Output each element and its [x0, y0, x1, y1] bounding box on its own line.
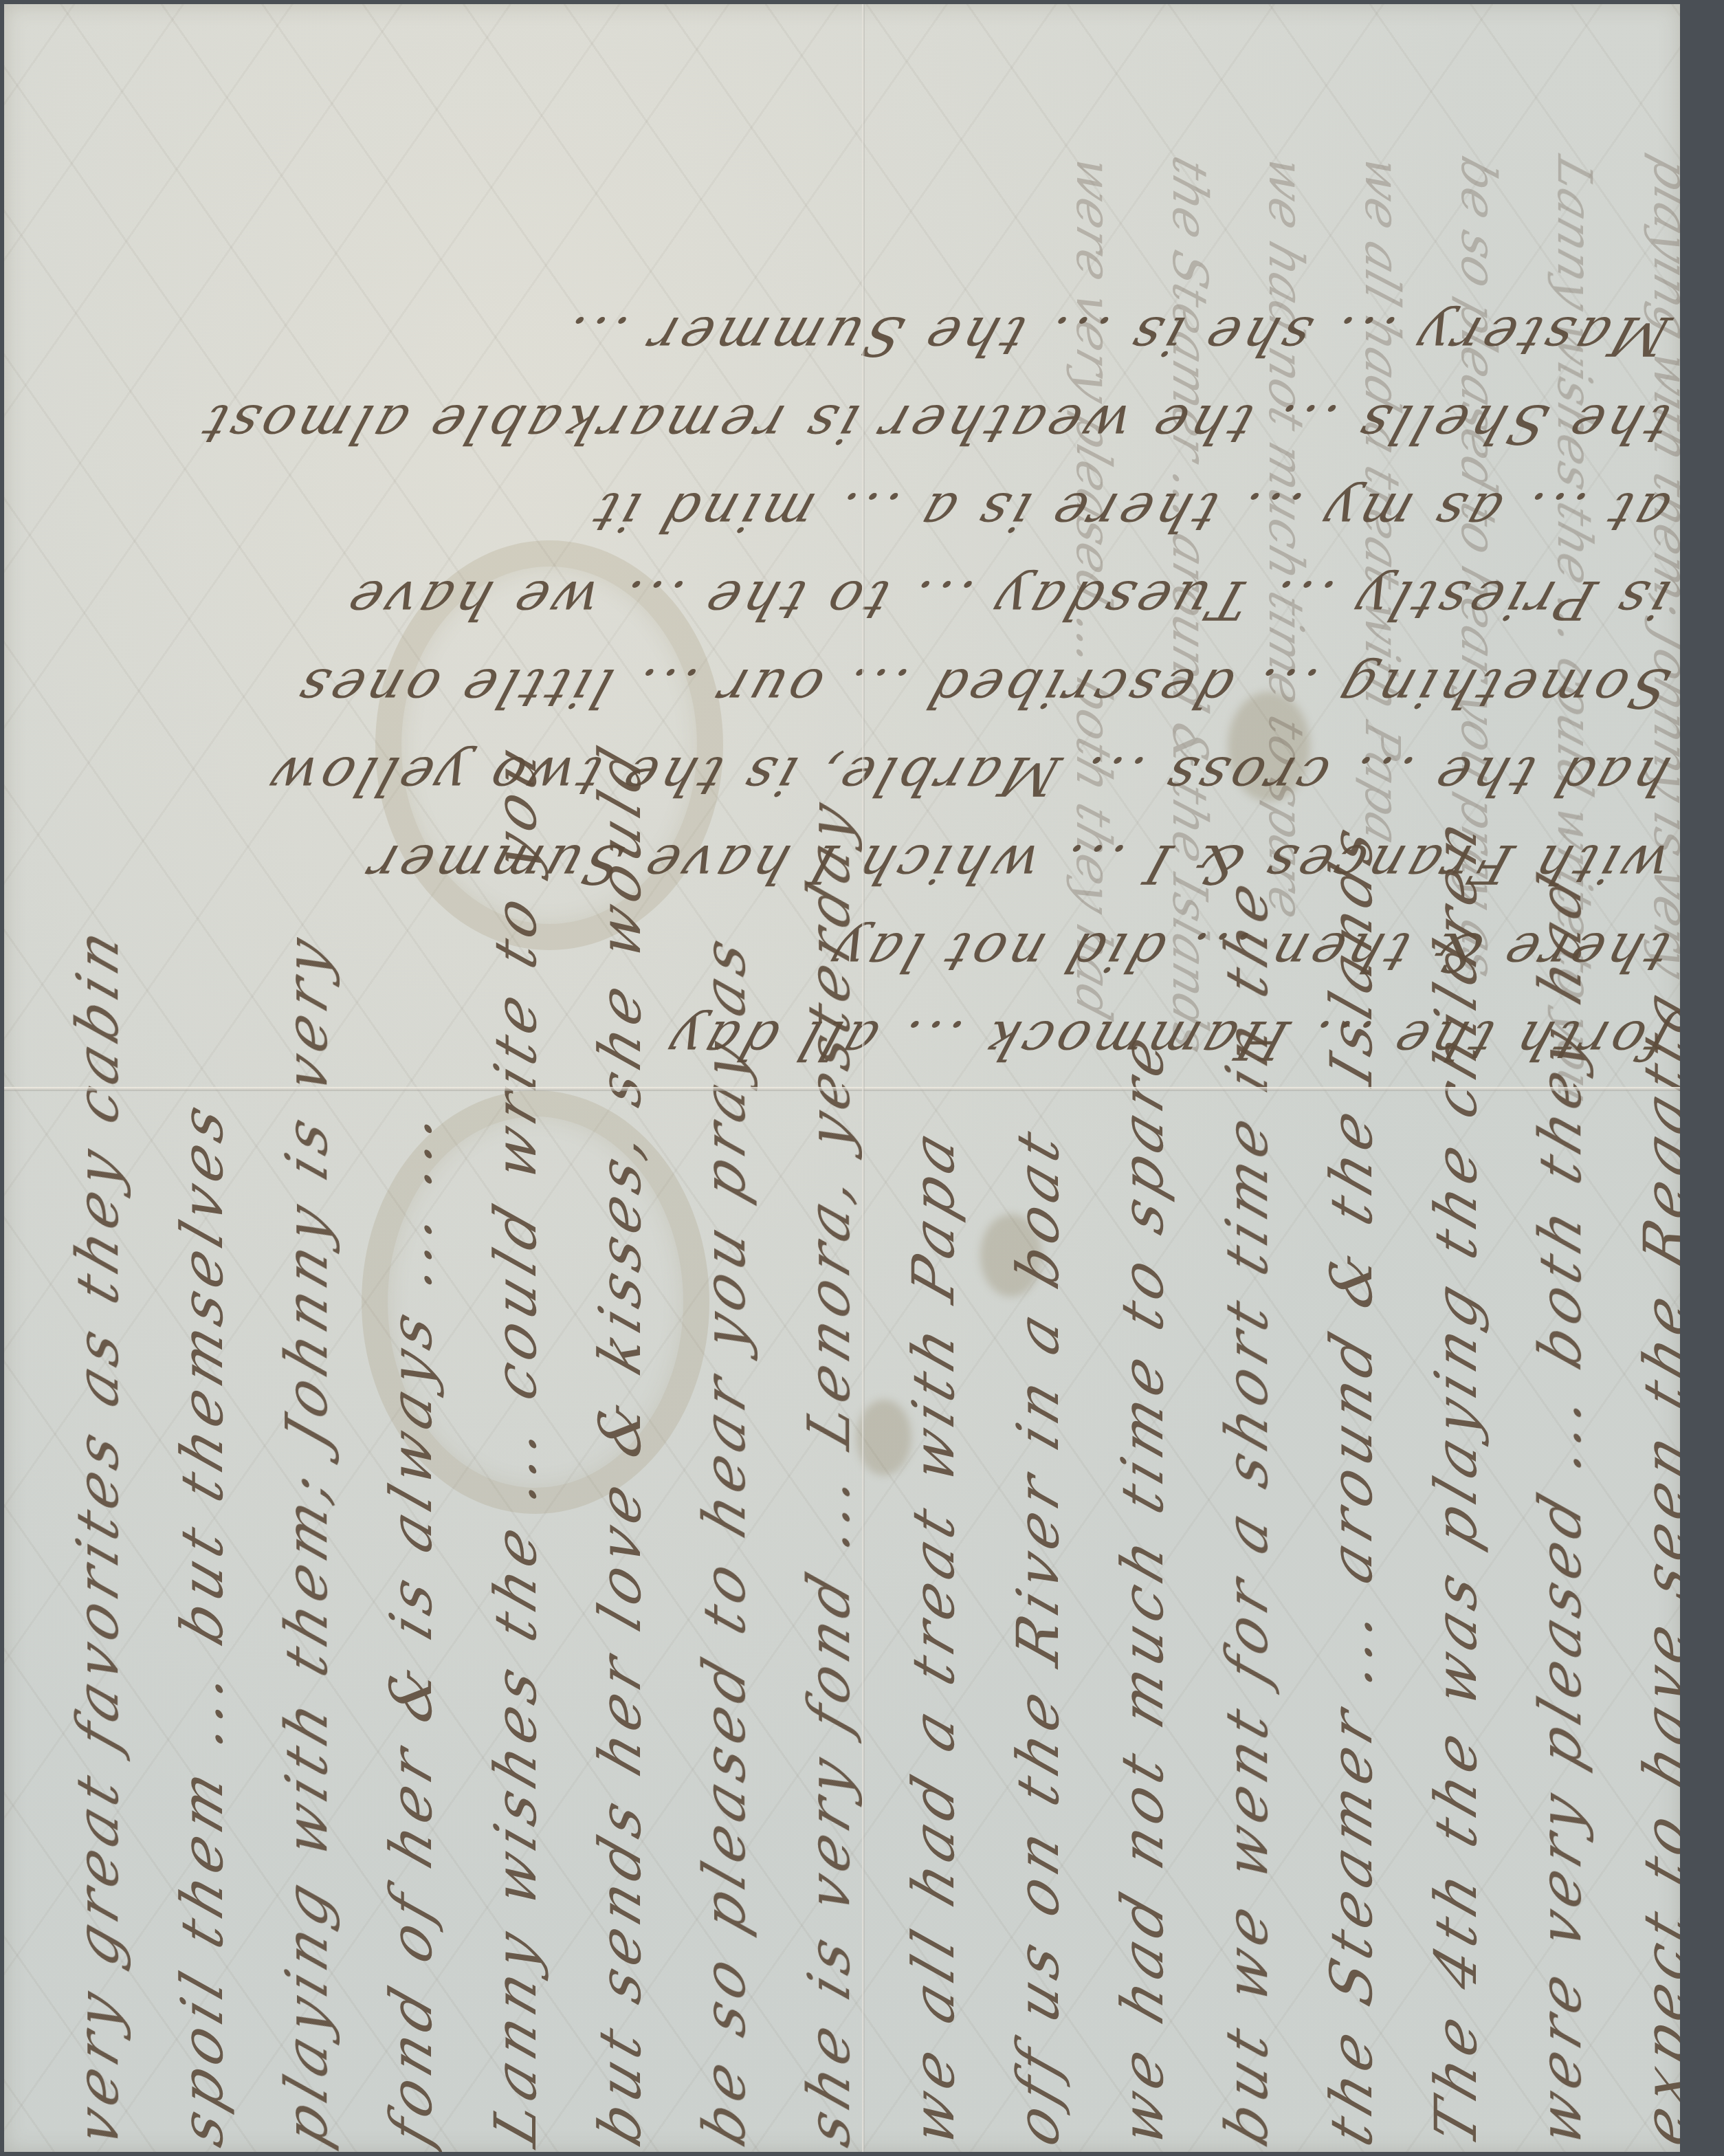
handwritten-line: playing with them; Johnny is very: [254, 1092, 359, 2152]
handwritten-line: the Steamer ... around & the Islands: [1142, 143, 1238, 965]
handwritten-line: fond of her & is always ... ...: [359, 1092, 463, 2152]
handwritten-line: spoil them ... but themselves: [150, 1092, 254, 2152]
handwritten-line: off us on the River in a boat: [986, 1092, 1090, 2152]
handwritten-line: were very pleased ... both they had: [1046, 143, 1142, 965]
vertical-fold-line: [862, 4, 865, 2152]
handwritten-line: playing with them; Johnny is very: [1623, 143, 1680, 965]
handwritten-line: we all had a treat with Papa: [881, 1092, 986, 2152]
handwritten-line: the Steamer ... around & the Islands: [1299, 1092, 1404, 2152]
handwritten-line: expect to have seen the Regatta: [1613, 1092, 1680, 2152]
handwritten-line: but we went for a short time in the: [1195, 1092, 1299, 2152]
handwritten-line: be so pleased to hear you pray as: [672, 1092, 777, 2152]
letter-paper: forth the ... Hammock ... all day there …: [4, 4, 1680, 2152]
handwritten-line: but sends her love & kisses, she would: [568, 1092, 672, 2152]
handwritten-line: she is very fond ... Lenora, yesterday: [777, 1092, 881, 2152]
handwritten-line: very great favorites as they cabin: [45, 1092, 150, 2152]
handwritten-line: Lanny wishes the ... could write to you: [463, 1092, 568, 2152]
handwritten-line: The 4th the was playing the children: [1404, 1092, 1508, 2152]
horizontal-fold-line: [4, 1087, 1680, 1091]
handwritten-line: we had not much time to spare: [1090, 1092, 1195, 2152]
handwritten-line: were very pleased ... both they had: [1508, 1092, 1613, 2152]
handwritten-line: Lanny wishes the ... could write to you: [1527, 143, 1623, 965]
faint-cross-written-text: very great favorites as they cabin playi…: [771, 159, 1680, 949]
